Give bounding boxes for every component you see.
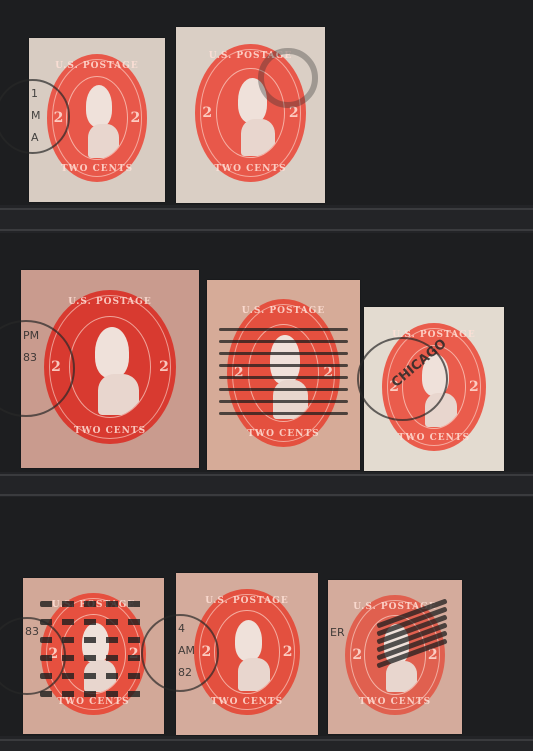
legend-bottom-text: TWO CENTS — [229, 429, 338, 439]
embossed-portrait-bust — [241, 119, 275, 155]
legend-bottom-text: TWO CENTS — [49, 164, 146, 174]
postmark-text: 83 — [25, 625, 39, 638]
embossed-portrait-bust — [386, 661, 417, 693]
denomination-numeral: 2 — [202, 105, 212, 121]
postmark-text: AM — [178, 644, 195, 657]
cancel-bar — [40, 601, 146, 607]
stamp-cut-square: U.S. POSTAGETWO CENTS22 — [176, 27, 325, 203]
embossed-portrait-head — [95, 327, 129, 378]
postmark-text: PM — [23, 329, 39, 342]
portrait-medallion — [214, 610, 279, 693]
denomination-numeral: 2 — [352, 647, 362, 663]
legend-top-text: U.S. POSTAGE — [196, 596, 297, 606]
denomination-numeral: 2 — [131, 110, 141, 126]
postmark-text: ER — [330, 626, 345, 639]
embossed-portrait-bust — [238, 658, 271, 691]
strip-edge — [0, 229, 533, 231]
denomination-numeral: 2 — [159, 359, 169, 375]
cancel-bar — [219, 352, 348, 355]
embossed-portrait-head — [235, 620, 262, 662]
legend-bottom-text: TWO CENTS — [46, 426, 174, 436]
postmark-text: A — [31, 131, 39, 144]
portrait-medallion — [61, 614, 126, 694]
cancel-bar — [219, 328, 348, 331]
cancel-bar — [40, 619, 146, 625]
embossed-portrait-bust — [98, 374, 139, 415]
legend-bottom-text: TWO CENTS — [43, 697, 143, 707]
cancel-bar — [219, 364, 348, 367]
strip-edge — [0, 739, 533, 741]
strip-edge — [0, 208, 533, 210]
embossed-portrait-bust — [88, 124, 119, 158]
stamp-cut-square: U.S. POSTAGETWO CENTS221MA — [29, 38, 165, 202]
legend-top-text: U.S. POSTAGE — [46, 297, 174, 307]
cancel-bar — [219, 388, 348, 391]
cancel-bar — [219, 400, 348, 403]
denomination-numeral: 2 — [323, 365, 333, 381]
cancel-bar — [219, 412, 348, 415]
stamp-cut-square: U.S. POSTAGETWO CENTS22 — [207, 280, 360, 470]
portrait-medallion — [248, 324, 318, 422]
cancel-bar — [219, 376, 348, 379]
legend-top-text: U.S. POSTAGE — [229, 306, 338, 316]
postmark-text: 83 — [23, 351, 37, 364]
embossed-portrait-head — [86, 85, 112, 127]
cancel-bar — [40, 691, 146, 697]
denomination-numeral: 2 — [234, 365, 244, 381]
denomination-numeral: 2 — [469, 379, 479, 395]
strip-edge — [0, 494, 533, 496]
stamp-cut-square: U.S. POSTAGETWO CENTS22CHICAGO — [364, 307, 504, 471]
postmark-text: 4 — [178, 622, 185, 635]
embossed-oval-frame: U.S. POSTAGETWO CENTS22 — [227, 299, 340, 447]
cancel-bar — [219, 340, 348, 343]
postmark-text: 82 — [178, 666, 192, 679]
stamp-cut-square: U.S. POSTAGETWO CENTS224AM82 — [176, 573, 318, 735]
legend-bottom-text: TWO CENTS — [384, 433, 484, 443]
postmark-circle — [258, 48, 318, 108]
portrait-medallion — [69, 316, 151, 418]
legend-top-text: U.S. POSTAGE — [49, 61, 146, 71]
legend-bottom-text: TWO CENTS — [196, 697, 297, 707]
postmark-text: M — [31, 109, 41, 122]
denomination-numeral: 2 — [283, 644, 293, 660]
stamp-cut-square: U.S. POSTAGETWO CENTS22PM83 — [21, 270, 199, 468]
portrait-medallion — [66, 76, 128, 160]
stamp-cut-square: U.S. POSTAGETWO CENTS22ER — [328, 580, 462, 734]
legend-bottom-text: TWO CENTS — [197, 164, 303, 174]
postmark-text: 1 — [31, 87, 38, 100]
legend-bottom-text: TWO CENTS — [347, 697, 442, 707]
strip-edge — [0, 474, 533, 476]
